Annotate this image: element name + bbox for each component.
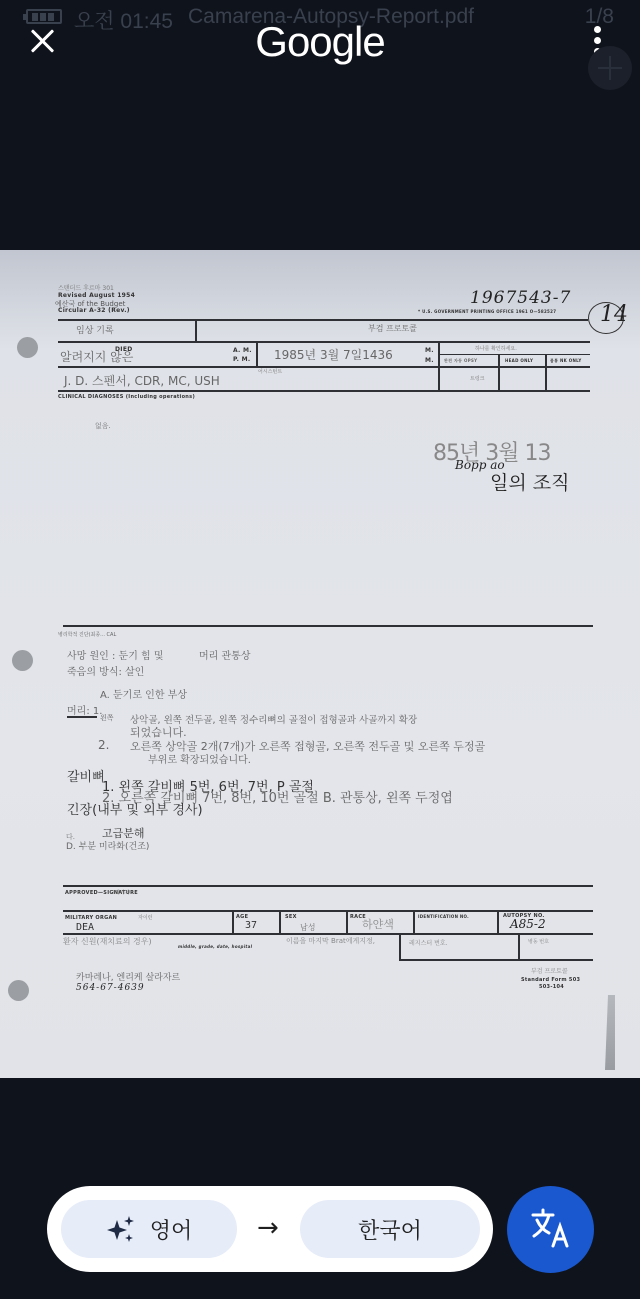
target-language-label: 한국어 bbox=[358, 1214, 422, 1245]
head-label: 머리: 1. bbox=[67, 702, 102, 717]
age-value: 37 bbox=[245, 920, 257, 931]
punch-hole bbox=[12, 650, 33, 671]
assistant-label: 어시스턴트 bbox=[258, 368, 282, 375]
pdf-page: 스탠더드 후르마 301 Revised August 1954 예산국 of … bbox=[0, 250, 640, 1078]
pm-label: P. M. bbox=[233, 356, 250, 363]
add-icon[interactable] bbox=[588, 46, 632, 90]
date-of-death: 1985년 3월 7일1436 bbox=[274, 346, 393, 363]
patient-name: 카마레나, 엔리케 살라자르 bbox=[76, 970, 180, 983]
handwritten-number: 1967543-7 bbox=[470, 288, 571, 308]
clinical-diagnoses-label: CLINICAL DIAGNOSES (Including operations… bbox=[58, 394, 195, 400]
pathological-label: 병리학적 진단(최종... CAL bbox=[58, 631, 116, 638]
printing-office: * U.S. GOVERNMENT PRINTING OFFICE 1961 O… bbox=[418, 309, 556, 314]
head-only-label: HEAD ONLY bbox=[505, 358, 533, 363]
race-value: 하얀색 bbox=[362, 916, 394, 932]
sparkle-icon bbox=[106, 1214, 136, 1244]
cause-of-death-2: 머리 관통상 bbox=[199, 647, 250, 662]
m-label: M. bbox=[425, 357, 434, 364]
patient-ssn: 564-67-4639 bbox=[76, 983, 145, 993]
google-logo: Google bbox=[0, 18, 640, 66]
footer-form: Standard Form 503 bbox=[521, 977, 580, 983]
ward-label: 병동 번호 bbox=[528, 938, 549, 945]
tension-finding: 긴장(내부 및 외부 경사) bbox=[67, 799, 203, 818]
finding-2-num: 2. bbox=[98, 738, 109, 752]
stamp-text: 일의 조직 bbox=[490, 468, 569, 495]
patient-id-kr: 이름을 마지막 Brat에게지정, bbox=[286, 936, 375, 946]
patient-id-sub: middle, grade, date, hospital bbox=[178, 944, 252, 949]
approved-kr: 그레이처 bbox=[110, 889, 129, 896]
register-label: 레지스터 번호. bbox=[409, 938, 448, 947]
section-a: A. 둔기로 인한 부상 bbox=[100, 686, 187, 701]
trunk-only-label: 몸통 NK ONLY bbox=[550, 358, 582, 364]
footer-code: 503-104 bbox=[539, 984, 564, 990]
sex-label: SEX bbox=[285, 914, 297, 920]
punch-hole bbox=[8, 980, 29, 1001]
translate-language-bar: 영어 → 한국어 bbox=[47, 1186, 493, 1272]
military-organ-value: DEA bbox=[76, 922, 94, 933]
d-finding: D. 부분 미라화(건조) bbox=[66, 839, 149, 852]
footer-kr: 부검 프로토콜 bbox=[531, 966, 568, 975]
target-language-button[interactable]: 한국어 bbox=[300, 1200, 480, 1258]
clinical-diagnoses-value: 없음. bbox=[95, 421, 111, 431]
full-autopsy-label: 완전 자동 OPSY bbox=[444, 358, 477, 364]
clinical-record-label: 임상 기록 bbox=[76, 323, 114, 336]
circled-number: 14 bbox=[600, 302, 628, 327]
left-label: 왼쪽 bbox=[100, 713, 114, 723]
am-label: A. M. bbox=[233, 347, 252, 354]
autopsy-protocol-label: 부검 프로토콜 bbox=[368, 323, 417, 334]
form-header-line2: Revised August 1954 bbox=[58, 292, 135, 299]
translate-icon bbox=[531, 1208, 571, 1250]
source-language-label: 영어 bbox=[150, 1214, 193, 1245]
trunk-label: 트렁크 bbox=[470, 375, 485, 382]
military-organ-label: MILITARY ORGAN bbox=[65, 915, 117, 921]
identification-label: IDENTIFICATION NO. bbox=[418, 914, 469, 919]
cause-of-death: 사망 원인 : 둔기 힘 및 bbox=[67, 647, 164, 662]
translate-button[interactable] bbox=[507, 1186, 594, 1273]
ribs-label: 갈비뼈 bbox=[67, 766, 105, 785]
form-header-line1: 스탠더드 후르마 301 bbox=[58, 283, 114, 292]
arrow-right-icon: → bbox=[257, 1214, 279, 1242]
autopsy-no-value: A85-2 bbox=[510, 917, 546, 931]
punch-hole bbox=[17, 337, 38, 358]
patient-id-label: 환자 신원(재치료의 경우) bbox=[63, 936, 152, 947]
military-organ-kr: 자이런 bbox=[138, 914, 153, 921]
sex-value: 남성 bbox=[300, 922, 315, 933]
scan-edge-mark bbox=[605, 995, 615, 1070]
form-header-line4: Circular A-32 (Rev.) bbox=[58, 307, 130, 314]
physician-name: J. D. 스펜서, CDR, MC, USH bbox=[64, 372, 220, 389]
manner-of-death: 죽음의 방식: 살인 bbox=[67, 663, 144, 678]
check-one-label: 하나를 확인하세요. bbox=[475, 345, 517, 352]
m-label: M. bbox=[425, 347, 434, 354]
deceased-name: 알려지지 않은 bbox=[60, 348, 133, 365]
source-language-button[interactable]: 영어 bbox=[61, 1200, 237, 1258]
finding-2b: 부위로 확장되었습니다. bbox=[148, 751, 251, 766]
